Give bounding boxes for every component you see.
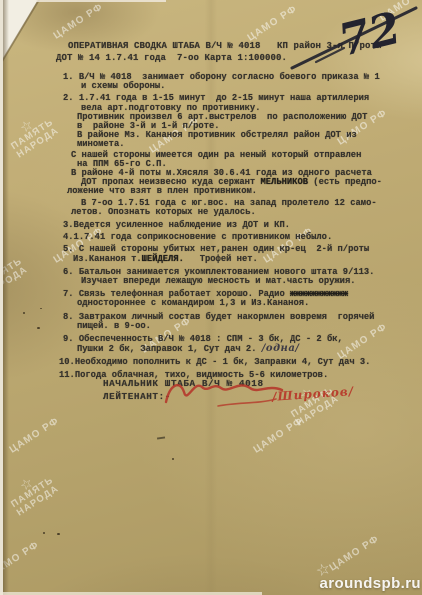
watermark-pamyat: ☆ ПАМЯТЬ НАРОДА xyxy=(3,465,61,518)
doc-text: Трофей нет. xyxy=(184,254,258,264)
surname-emphasis: ШЕЙДЕЛЯ. xyxy=(142,254,184,264)
paper-speck xyxy=(23,312,25,314)
watermark-camo: ЦАМО РФ xyxy=(52,1,106,41)
paper-edge-shadow xyxy=(3,0,9,595)
paper-speck xyxy=(40,308,42,309)
star-icon: ☆ xyxy=(18,475,36,493)
doc-line: 3.Ведется усиленное наблюдение из ДОТ и … xyxy=(57,221,417,230)
paper-speck xyxy=(43,532,45,534)
paper-speck xyxy=(37,327,40,329)
site-watermark: aroundspb.ru xyxy=(320,575,421,592)
doc-line: и схемы обороны. xyxy=(57,82,417,91)
doc-text: Пушки 2 бк, Заправок 1, Сут дач 2. xyxy=(77,344,262,354)
watermark-pamyat-text: НАРОДА xyxy=(15,484,61,519)
doc-line: Из.Кананоя т.ШЕЙДЕЛЯ. Трофей нет. xyxy=(57,255,417,264)
doc-line: одностороннее с командиром 1,3 и Из.Кана… xyxy=(57,299,417,308)
doc-line: миномета. xyxy=(57,140,417,149)
doc-line: Изучает впереди лежащую месность и мат.ч… xyxy=(57,277,417,286)
doc-line: 4.1.7.41 года соприкосновение с противни… xyxy=(57,233,417,242)
doc-text: Из.Кананоя т. xyxy=(73,254,142,264)
report-subtitle: ДОТ № 14 1.7.41 года 7-оо Карта 1:100000… xyxy=(56,53,287,64)
watermark-camo: ЦАМО РФ xyxy=(328,533,382,573)
doc-line: летов. Опознать которых не удалось. xyxy=(57,208,417,217)
doc-line: Пушки 2 бк, Заправок 1, Сут дач 2. /одна… xyxy=(57,344,417,354)
doc-text: (есть предпо- xyxy=(308,177,382,187)
doc-line: 10.Необходимо пополнить к ДС - 1 бк, Зап… xyxy=(57,358,417,367)
paper-speck xyxy=(57,533,60,535)
watermark-pamyat-text: ПАМЯТЬ xyxy=(10,476,56,511)
handwritten-note: /одна/ xyxy=(262,343,300,354)
scan-edge xyxy=(36,0,166,2)
page-number-annotation: 72 xyxy=(286,0,422,74)
surname-emphasis: МЕЛЬНИКОВ xyxy=(261,177,309,187)
pencil-mark xyxy=(157,436,165,439)
document-scan: ЦАМО РФ ЦАМО РФ ЦАМО РФ ЦАМО РФ ЦАМО РФ … xyxy=(0,0,422,595)
watermark-camo: ЦАМО РФ xyxy=(8,415,62,455)
paper-sheet: ЦАМО РФ ЦАМО РФ ЦАМО РФ ЦАМО РФ ЦАМО РФ … xyxy=(0,0,422,595)
watermark-camo: ЦАМО РФ xyxy=(252,415,306,455)
star-icon: ☆ xyxy=(18,117,36,135)
doc-line: 9. Обеспеченность В/Ч № 4018 : СПМ - 3 б… xyxy=(57,335,417,344)
page-number-text: 72 xyxy=(334,3,406,67)
watermark-pamyat-text: НАРОДА xyxy=(15,126,61,161)
watermark-pamyat: ☆ ПАМЯТЬ НАРОДА xyxy=(3,107,61,160)
report-body: 1. В/Ч № 4018 занимает оборону согласно … xyxy=(57,73,417,380)
paper-speck xyxy=(172,458,174,460)
doc-line: ложение что взят в плен противником. xyxy=(57,187,417,196)
watermark-pamyat-text: ПАМЯТЬ xyxy=(10,118,56,153)
doc-line: пищей. в 9-оо. xyxy=(57,322,417,331)
